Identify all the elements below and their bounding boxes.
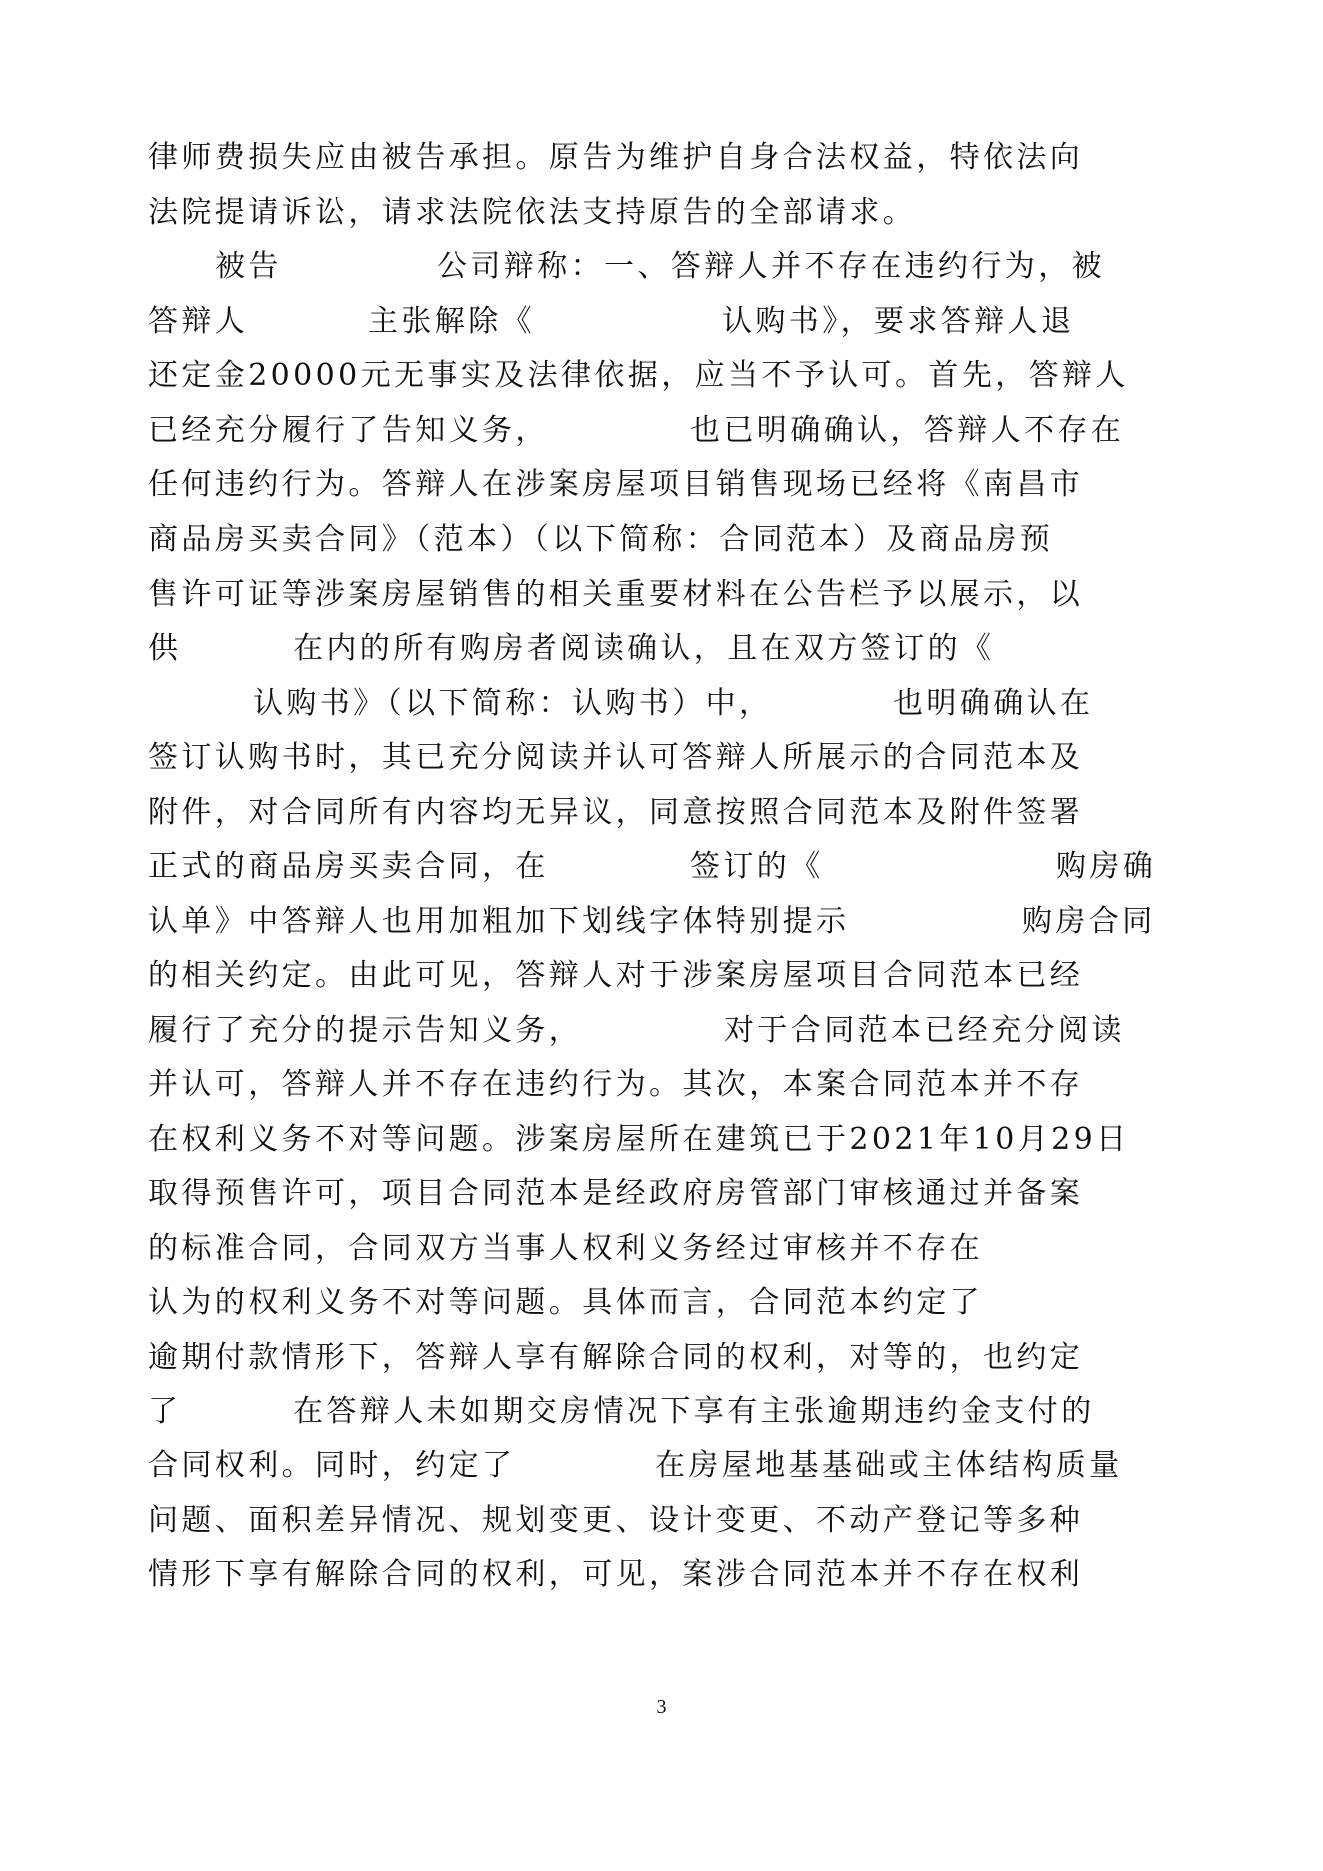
text-segment: 取得预售许可，项目合同范本是经政府房管部门审核通过并备案	[148, 1174, 1083, 1214]
text-line: 供在内的所有购房者阅读确认，且在双方签订的《	[0, 629, 1323, 669]
text-segment: 在房屋地基基础或主体结构质量	[655, 1446, 1123, 1486]
text-line: 取得预售许可，项目合同范本是经政府房管部门审核通过并备案	[0, 1174, 1323, 1214]
text-segment: 逾期付款情形下，答辩人享有解除合同的权利，对等的，也约定	[148, 1338, 1083, 1378]
text-line: 的相关约定。由此可见，答辩人对于涉案房屋项目合同范本已经	[0, 956, 1323, 996]
text-segment: 并认可，答辩人并不存在违约行为。其次，本案合同范本并不存	[148, 1065, 1083, 1105]
text-segment: 正式的商品房买卖合同，在	[148, 847, 549, 887]
text-segment: 还定金20000元无事实及法律依据，应当不予认可。首先，答辩人	[148, 356, 1129, 396]
text-segment: 购房合同	[1022, 902, 1156, 942]
text-segment: 答辩人	[148, 302, 248, 342]
text-segment: 认单》中答辩人也用加粗加下划线字体特别提示	[148, 902, 849, 942]
text-line: 合同权利。同时，约定了在房屋地基基础或主体结构质量	[0, 1446, 1323, 1486]
text-segment: 在权利义务不对等问题。涉案房屋所在建筑已于2021年10月29日	[148, 1120, 1130, 1160]
text-segment: 情形下享有解除合同的权利，可见，案涉合同范本并不存在权利	[148, 1555, 1083, 1595]
text-line: 问题、面积差异情况、规划变更、设计变更、不动产登记等多种	[0, 1501, 1323, 1541]
text-segment: 问题、面积差异情况、规划变更、设计变更、不动产登记等多种	[148, 1501, 1083, 1541]
text-segment: 认购书》（以下简称：认购书）中，	[253, 684, 772, 724]
text-line: 正式的商品房买卖合同，在签订的《购房确	[0, 847, 1323, 887]
text-line: 答辩人主张解除《认购书》，要求答辩人退	[0, 302, 1323, 342]
text-line: 任何违约行为。答辩人在涉案房屋项目销售现场已经将《南昌市	[0, 465, 1323, 505]
text-line: 认为的权利义务不对等问题。具体而言，合同范本约定了	[0, 1283, 1323, 1323]
text-line: 履行了充分的提示告知义务，对于合同范本已经充分阅读	[0, 1011, 1323, 1051]
text-segment: 在内的所有购房者阅读确认，且在双方签订的《	[293, 629, 994, 669]
text-segment: 的相关约定。由此可见，答辩人对于涉案房屋项目合同范本已经	[148, 956, 1083, 996]
text-line: 律师费损失应由被告承担。原告为维护自身合法权益，特依法向	[0, 138, 1323, 178]
document-page: 律师费损失应由被告承担。原告为维护自身合法权益，特依法向法院提请诉讼，请求法院依…	[0, 0, 1323, 1871]
text-segment: 被告	[215, 247, 282, 287]
text-line: 还定金20000元无事实及法律依据，应当不予认可。首先，答辩人	[0, 356, 1323, 396]
text-line: 被告公司辩称：一、答辩人并不存在违约行为，被	[0, 247, 1323, 287]
page-number: 3	[0, 1696, 1323, 1719]
text-segment: 也已明确确认，答辩人不存在	[690, 411, 1124, 451]
text-segment: 履行了充分的提示告知义务，	[148, 1011, 582, 1051]
text-line: 售许可证等涉案房屋销售的相关重要材料在公告栏予以展示，以	[0, 575, 1323, 615]
text-segment: 售许可证等涉案房屋销售的相关重要材料在公告栏予以展示，以	[148, 575, 1083, 615]
text-line: 法院提请诉讼，请求法院依法支持原告的全部请求。	[0, 193, 1323, 233]
text-segment: 附件，对合同所有内容均无异议，同意按照合同范本及附件签署	[148, 793, 1083, 833]
text-segment: 律师费损失应由被告承担。原告为维护自身合法权益，特依法向	[148, 138, 1083, 178]
text-segment: 任何违约行为。答辩人在涉案房屋项目销售现场已经将《南昌市	[148, 465, 1083, 505]
text-line: 了在答辩人未如期交房情况下享有主张逾期违约金支付的	[0, 1392, 1323, 1432]
text-segment: 了	[148, 1392, 181, 1432]
text-segment: 供	[148, 629, 181, 669]
text-segment: 签订认购书时，其已充分阅读并认可答辩人所展示的合同范本及	[148, 738, 1083, 778]
text-line: 情形下享有解除合同的权利，可见，案涉合同范本并不存在权利	[0, 1555, 1323, 1595]
text-line: 在权利义务不对等问题。涉案房屋所在建筑已于2021年10月29日	[0, 1120, 1323, 1160]
text-segment: 也明确确认在	[893, 684, 1093, 724]
text-line: 的标准合同，合同双方当事人权利义务经过审核并不存在	[0, 1229, 1323, 1269]
text-line: 并认可，答辩人并不存在违约行为。其次，本案合同范本并不存	[0, 1065, 1323, 1105]
text-segment: 主张解除《	[368, 302, 535, 342]
text-segment: 公司辩称：一、答辩人并不存在违约行为，被	[437, 247, 1105, 287]
text-segment: 在答辩人未如期交房情况下享有主张逾期违约金支付的	[293, 1392, 1095, 1432]
text-segment: 商品房买卖合同》（范本）（以下简称：合同范本）及商品房预	[148, 520, 1053, 560]
text-line: 附件，对合同所有内容均无异议，同意按照合同范本及附件签署	[0, 793, 1323, 833]
text-segment: 购房确	[1056, 847, 1156, 887]
text-segment: 对于合同范本已经充分阅读	[724, 1011, 1125, 1051]
text-line: 商品房买卖合同》（范本）（以下简称：合同范本）及商品房预	[0, 520, 1323, 560]
text-line: 已经充分履行了告知义务，也已明确确认，答辩人不存在	[0, 411, 1323, 451]
text-segment: 已经充分履行了告知义务，	[148, 411, 549, 451]
text-segment: 签订的《	[690, 847, 824, 887]
text-segment: 合同权利。同时，约定了	[148, 1446, 515, 1486]
text-segment: 认购书》，要求答辩人退	[722, 302, 1074, 342]
text-line: 逾期付款情形下，答辩人享有解除合同的权利，对等的，也约定	[0, 1338, 1323, 1378]
text-segment: 法院提请诉讼，请求法院依法支持原告的全部请求。	[148, 193, 916, 233]
text-line: 认单》中答辩人也用加粗加下划线字体特别提示购房合同	[0, 902, 1323, 942]
text-line: 签订认购书时，其已充分阅读并认可答辩人所展示的合同范本及	[0, 738, 1323, 778]
text-line: 认购书》（以下简称：认购书）中，也明确确认在	[0, 684, 1323, 724]
text-segment: 认为的权利义务不对等问题。具体而言，合同范本约定了	[148, 1283, 983, 1323]
text-segment: 的标准合同，合同双方当事人权利义务经过审核并不存在	[148, 1229, 983, 1269]
